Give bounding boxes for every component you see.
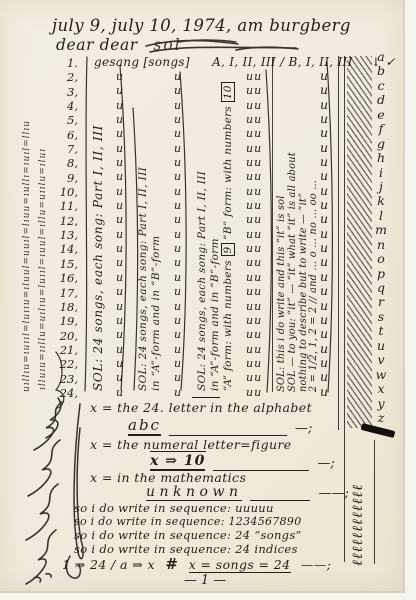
repeat-mark: ℓ xyxy=(350,491,366,498)
list-item: b xyxy=(372,64,390,78)
list-item: 5, xyxy=(52,113,78,127)
list-item: a xyxy=(372,50,390,64)
repeat-mark: u xyxy=(116,99,123,113)
column-rule xyxy=(338,56,339,430)
list-item: h xyxy=(372,151,390,165)
repeat-mark: ℓ xyxy=(350,525,366,532)
list-item: l xyxy=(372,209,390,223)
repeat-mark: u xyxy=(320,342,328,356)
summary-mark: ——; xyxy=(301,557,331,572)
list-item: o xyxy=(372,252,390,266)
sol-note-line: SOL — to you: “it” — “it” what “it” is a… xyxy=(288,54,299,392)
row-number-column: 1.2,3,4,5,6,7,8,9,10,11,12,13,14,15,16,1… xyxy=(52,56,78,400)
repeat-mark: u xyxy=(320,385,328,399)
summary-line: 1 ⇒ 24 / a ⇒ x # x = songs = 24 ——; xyxy=(62,555,331,573)
repeat-mark: u xyxy=(174,170,181,184)
repeat-mark: u xyxy=(116,328,123,342)
repeat-mark: uu xyxy=(246,113,262,127)
sol-note-column-3: SOL: 24 songs, each song: Part I, II, II… xyxy=(196,57,235,391)
repeat-mark: u xyxy=(320,155,328,169)
repeat-mark: u xyxy=(174,314,181,328)
header-salutation: dear dear sol xyxy=(56,36,182,54)
rule-line xyxy=(169,423,287,436)
repeat-mark: u xyxy=(116,371,123,385)
list-item: 16, xyxy=(52,271,78,285)
margin-scribble-line: ılluıu=ııllu=uılıu=luııl=ıuul=ıllu=uıılu… xyxy=(38,40,48,390)
repeat-mark: u xyxy=(116,228,123,242)
repeat-mark: u xyxy=(320,255,328,269)
column-rule xyxy=(374,440,375,564)
repeat-mark: uu xyxy=(246,142,262,156)
sequence-line: so i do write in sequence: uuuuu xyxy=(74,501,274,515)
definition-3-sub: unknown ——; xyxy=(146,484,349,501)
repeat-mark: u xyxy=(116,70,123,84)
repeat-mark: u xyxy=(320,83,328,97)
sol-note-line: SOL: 24 songs, each song: Part I, II, II… xyxy=(91,55,105,391)
repeat-mark: u xyxy=(174,285,181,299)
repeat-mark: u xyxy=(116,285,123,299)
repeat-mark: u xyxy=(174,386,181,400)
repeat-mark: u xyxy=(320,198,328,212)
repeat-mark: u xyxy=(116,256,123,270)
list-item: r xyxy=(372,295,390,309)
repeat-mark: uu xyxy=(246,300,262,314)
repeat-mark: u xyxy=(320,184,328,198)
list-item: 12, xyxy=(52,214,78,228)
list-item: 15, xyxy=(52,257,78,271)
list-item: w xyxy=(372,368,390,382)
list-item: 7, xyxy=(52,142,78,156)
repeat-mark: u xyxy=(116,84,123,98)
scribbled-name: sol xyxy=(153,36,181,54)
repeat-mark: uu xyxy=(246,371,262,385)
repeat-mark: u xyxy=(174,99,181,113)
list-item: f xyxy=(372,122,390,136)
summary-equation: x = songs = 24 xyxy=(189,557,291,573)
ditto-column: uuuuuuuuuuuuuuuuuuuuuuu xyxy=(174,70,181,400)
summary-mapping: 1 ⇒ 24 / a ⇒ x xyxy=(62,557,155,572)
repeat-mark: uu xyxy=(246,386,262,400)
list-item: s xyxy=(372,310,390,324)
overbar xyxy=(150,451,206,452)
repeat-mark: u xyxy=(320,327,328,341)
list-item: 8, xyxy=(52,156,78,170)
list-item: g xyxy=(372,137,390,151)
repeat-mark: uu xyxy=(246,70,262,84)
ditto-column: uuuuuuuuuuuuuuuuuuuuuuu xyxy=(116,70,123,400)
repeat-mark: ℓ xyxy=(350,539,366,546)
repeat-mark: ℓ xyxy=(350,484,366,491)
sol-note-line: in “A”-form and in “B”-form xyxy=(150,57,163,391)
list-item: 14, xyxy=(52,242,78,256)
repeat-mark: uu xyxy=(246,357,262,371)
list-item: 11, xyxy=(52,199,78,213)
repeat-mark: u xyxy=(174,142,181,156)
ditto-column-double: uuuuuuuuuuuuuuuuuuuuuuuuuuuuuuuuuuuuuuuu… xyxy=(246,70,262,400)
repeat-mark: ℓ xyxy=(350,532,366,539)
repeat-mark: ℓ xyxy=(350,498,366,505)
list-item: t xyxy=(372,324,390,338)
repeat-mark: u xyxy=(320,299,328,313)
list-item: 17, xyxy=(52,286,78,300)
page-number: — 1 — xyxy=(150,573,260,588)
sequence-line: so i do write in sequence: 24 indices xyxy=(74,542,298,556)
sequence-line: so i do write in sequence: 24 “songs” xyxy=(74,528,302,542)
repeat-mark: ℓ xyxy=(350,552,366,559)
list-item: q xyxy=(372,281,390,295)
repeat-mark: u xyxy=(320,212,328,226)
repeat-mark: u xyxy=(116,185,123,199)
repeat-mark: u xyxy=(320,313,328,327)
repeat-mark: u xyxy=(174,70,181,84)
sol-note-text: “B” form: with numbers xyxy=(222,106,234,240)
list-item: 19, xyxy=(52,314,78,328)
sol-note-text: “A” form: with numbers xyxy=(222,260,234,391)
definition-3-mark: ——; xyxy=(318,486,348,501)
list-item: y xyxy=(372,397,390,411)
list-item: j xyxy=(372,180,390,194)
list-item: m xyxy=(372,223,390,237)
repeat-mark: uu xyxy=(246,271,262,285)
repeat-mark: uu xyxy=(246,199,262,213)
definition-1-sub-text: abc xyxy=(128,416,161,436)
definition-3: x = in the mathematics xyxy=(90,470,246,485)
repeat-mark: uu xyxy=(246,213,262,227)
loop-scribble-column: ℓℓℓℓℓℓℓℓℓℓℓℓ xyxy=(350,424,367,566)
sol-note-line: “A” form: with numbers 9 “B” form: with … xyxy=(222,57,235,391)
repeat-mark: u xyxy=(174,127,181,141)
boxed-number: 10 xyxy=(221,82,235,102)
repeat-mark: u xyxy=(320,169,328,183)
list-item: k xyxy=(372,194,390,208)
list-item: c xyxy=(372,79,390,93)
repeat-mark: uu xyxy=(246,84,262,98)
repeat-mark: u xyxy=(174,256,181,270)
list-item: 9, xyxy=(52,171,78,185)
repeat-mark: uu xyxy=(246,242,262,256)
repeat-mark: u xyxy=(320,141,328,155)
repeat-mark: u xyxy=(116,314,123,328)
repeat-mark: u xyxy=(116,213,123,227)
boxed-number: 9 xyxy=(221,243,235,256)
repeat-mark: u xyxy=(174,242,181,256)
repeat-mark: u xyxy=(320,356,328,370)
sol-note-line: SOL: 24 songs, each song: Part I, II, II… xyxy=(137,57,150,391)
list-item: 4, xyxy=(52,99,78,113)
repeat-mark: uu xyxy=(246,314,262,328)
repeat-mark: u xyxy=(320,126,328,140)
summary-hash: # xyxy=(165,555,178,573)
sequence-line: so i do write in sequence: 1234567890 xyxy=(74,515,302,528)
repeat-mark: u xyxy=(116,170,123,184)
sol-note-column-1: SOL: 24 songs, each song: Part I, II, II… xyxy=(91,55,105,391)
definition-2-mark: —; xyxy=(317,456,334,471)
repeat-mark: u xyxy=(116,242,123,256)
sol-note-line: 2 = 1/2, 1, 2 = 2 // and … o … no … oo … xyxy=(309,54,320,392)
repeat-mark: u xyxy=(116,127,123,141)
sol-note-column-2: SOL: 24 songs, each song: Part I, II, II… xyxy=(137,57,163,391)
list-item: 22, xyxy=(52,357,78,371)
repeat-mark: ℓ xyxy=(350,518,366,525)
repeat-mark: uu xyxy=(246,228,262,242)
list-item: i xyxy=(372,166,390,180)
repeat-mark: u xyxy=(116,300,123,314)
overbar xyxy=(192,397,220,398)
repeat-mark: u xyxy=(116,343,123,357)
repeat-mark: uu xyxy=(246,127,262,141)
hatch-scribble-column xyxy=(347,56,372,428)
alphabet-column: abcdefghijklmnopqrstuvwxyz xyxy=(372,50,390,425)
repeat-mark: u xyxy=(116,113,123,127)
repeat-mark: u xyxy=(320,241,328,255)
repeat-mark: u xyxy=(116,142,123,156)
list-item: 18, xyxy=(52,300,78,314)
manuscript-page: uıllıu=ıuııl=luııu=ıluul=uuıl=lıuu=ıullı… xyxy=(0,0,416,600)
sol-note-column-4: SOL: this i do write and this “it” is so… xyxy=(277,54,320,392)
list-item: 6, xyxy=(52,128,78,142)
list-item: z xyxy=(372,411,390,425)
repeat-mark: uu xyxy=(246,285,262,299)
repeat-mark: uu xyxy=(246,185,262,199)
repeat-mark: u xyxy=(174,371,181,385)
repeat-mark: u xyxy=(320,98,328,112)
repeat-mark: uu xyxy=(246,99,262,113)
repeat-mark: u xyxy=(174,357,181,371)
list-item: 24, xyxy=(52,386,78,400)
list-item: 3, xyxy=(52,85,78,99)
list-item: 10, xyxy=(52,185,78,199)
repeat-mark: u xyxy=(174,199,181,213)
list-item: 23, xyxy=(52,372,78,386)
repeat-mark: u xyxy=(174,84,181,98)
rule-line xyxy=(250,488,310,501)
definition-1-sub: abc —; xyxy=(128,416,312,436)
list-item: 20, xyxy=(52,329,78,343)
repeat-mark: uu xyxy=(246,256,262,270)
definition-3-sub-text: unknown xyxy=(146,484,242,501)
repeat-mark: uu xyxy=(246,170,262,184)
list-item: 13, xyxy=(52,228,78,242)
repeat-mark: u xyxy=(116,357,123,371)
repeat-mark: uu xyxy=(246,343,262,357)
definition-2: x = the numeral letter=figure xyxy=(90,437,292,452)
list-item: 2, xyxy=(52,70,78,84)
list-item: p xyxy=(372,267,390,281)
repeat-mark: ℓ xyxy=(350,511,366,518)
list-item: 1. xyxy=(52,56,78,70)
repeat-mark: u xyxy=(320,270,328,284)
repeat-mark: uu xyxy=(246,328,262,342)
repeat-mark: u xyxy=(174,113,181,127)
repeat-mark: u xyxy=(174,300,181,314)
repeat-mark: u xyxy=(174,213,181,227)
repeat-mark: u xyxy=(320,69,328,83)
repeat-mark: u xyxy=(174,185,181,199)
repeat-mark: u xyxy=(174,228,181,242)
column-rule xyxy=(272,57,273,392)
repeat-mark: ℓ xyxy=(350,545,366,552)
repeat-mark: u xyxy=(320,284,328,298)
repeat-mark: u xyxy=(320,370,328,384)
definition-1-mark: —; xyxy=(295,421,312,436)
repeat-mark: u xyxy=(320,227,328,241)
ditto-column: uuuuuuuuuuuuuuuuuuuuuuu xyxy=(320,69,328,399)
repeat-mark: uu xyxy=(246,156,262,170)
list-item: x xyxy=(372,382,390,396)
list-item: d xyxy=(372,93,390,107)
salutation-text: dear dear xyxy=(56,36,138,54)
repeat-mark: u xyxy=(320,112,328,126)
repeat-mark: ℓ xyxy=(350,504,366,511)
sol-note-line: in “A”-form and in “B”-form xyxy=(209,57,222,391)
list-item: 21, xyxy=(52,343,78,357)
list-item: v xyxy=(372,353,390,367)
list-item: u xyxy=(372,339,390,353)
repeat-mark: u xyxy=(116,199,123,213)
margin-scribble-line: uıllıu=ıuııl=luııu=ıluul=uuıl=lıuu=ıullı… xyxy=(22,36,32,392)
list-item: e xyxy=(372,108,390,122)
list-item: n xyxy=(372,238,390,252)
definition-2-sub: x ⇒ 10 —; xyxy=(150,453,335,471)
repeat-mark: u xyxy=(174,343,181,357)
repeat-mark: u xyxy=(116,156,123,170)
repeat-mark: ℓ xyxy=(350,559,366,566)
sol-note-line: SOL: 24 songs, each song: Part I, II, II… xyxy=(196,57,209,391)
header-date: july 9, july 10, 1974, am burgberg xyxy=(52,16,351,35)
repeat-mark: u xyxy=(174,271,181,285)
definition-2-sub-text: x ⇒ 10 xyxy=(150,453,205,471)
repeat-mark: u xyxy=(116,271,123,285)
definition-1: x = the 24. letter in the alphabet xyxy=(90,400,312,415)
repeat-mark: u xyxy=(174,156,181,170)
repeat-mark: u xyxy=(174,328,181,342)
repeat-mark: u xyxy=(116,386,123,400)
